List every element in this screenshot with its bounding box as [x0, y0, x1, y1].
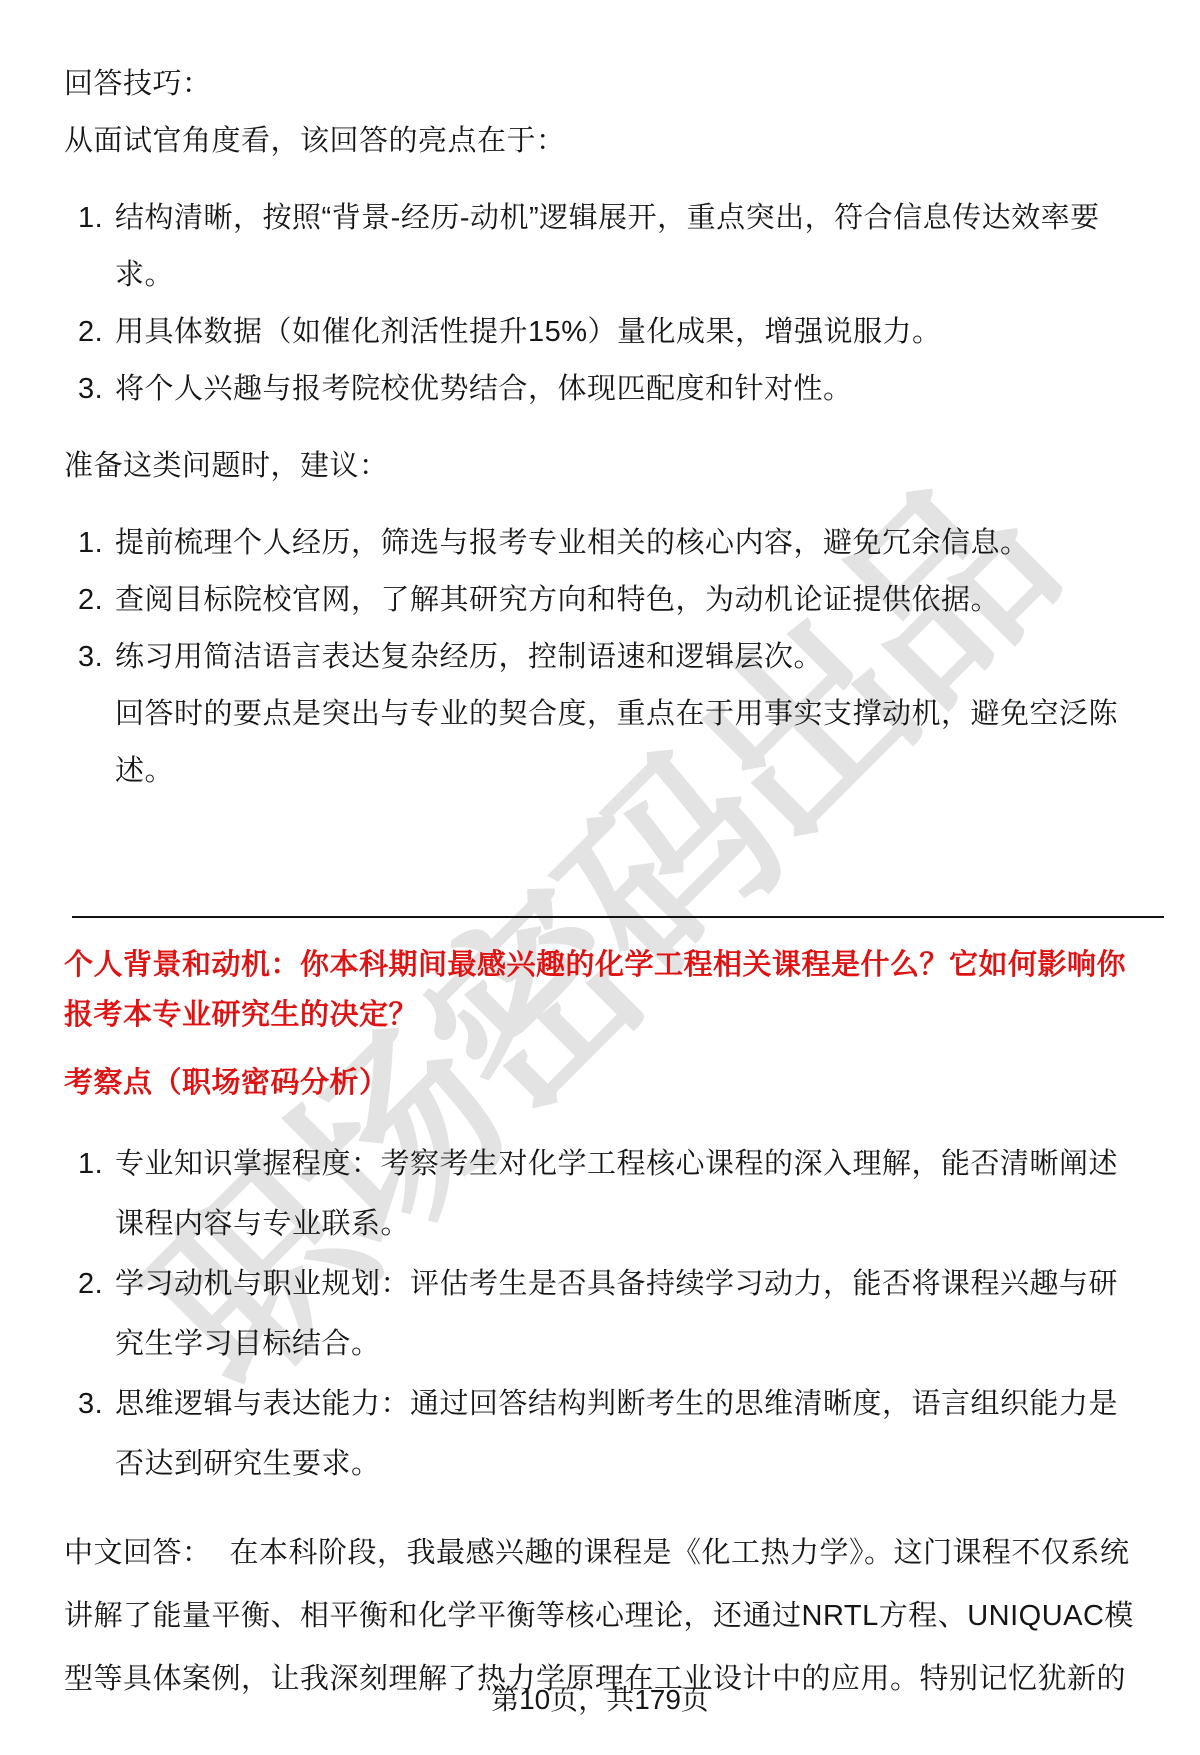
answer-tips-heading: 回答技巧：: [64, 56, 1136, 113]
list-item-number: 1.: [78, 515, 115, 572]
prep-intro: 准备这类问题时，建议：: [64, 438, 1136, 495]
list-item-text: 将个人兴趣与报考院校优势结合，体现匹配度和针对性。: [115, 361, 1136, 418]
list-item-main-text: 练习用简洁语言表达复杂经历，控制语速和逻辑层次。: [115, 641, 823, 673]
list-item: 3. 将个人兴趣与报考院校优势结合，体现匹配度和针对性。: [78, 361, 1136, 418]
list-item-text: 思维逻辑与表达能力：通过回答结构判断考生的思维清晰度，语言组织能力是否达到研究生…: [115, 1374, 1136, 1494]
list-item-text: 查阅目标院校官网，了解其研究方向和特色，为动机论证提供依据。: [115, 572, 1136, 629]
list-item-number: 1.: [78, 1134, 115, 1254]
list-item-text: 练习用简洁语言表达复杂经历，控制语速和逻辑层次。 回答时的要点是突出与专业的契合…: [115, 629, 1136, 800]
answer-label: 中文回答：: [64, 1537, 212, 1569]
list-item-number: 3.: [78, 361, 115, 418]
list-item-number: 2.: [78, 572, 115, 629]
prep-list: 1. 提前梳理个人经历，筛选与报考专业相关的核心内容，避免冗余信息。 2. 查阅…: [64, 515, 1136, 800]
list-item-number: 1.: [78, 190, 115, 304]
page-content: 回答技巧： 从面试官角度看，该回答的亮点在于： 1. 结构清晰，按照“背景-经历…: [0, 0, 1200, 1711]
page-number: 第10页，共179页: [0, 1682, 1200, 1718]
highlights-list: 1. 结构清晰，按照“背景-经历-动机”逻辑展开，重点突出，符合信息传达效率要求…: [64, 190, 1136, 418]
list-item: 2. 查阅目标院校官网，了解其研究方向和特色，为动机论证提供依据。: [78, 572, 1136, 629]
list-item: 3. 思维逻辑与表达能力：通过回答结构判断考生的思维清晰度，语言组织能力是否达到…: [78, 1374, 1136, 1494]
question-title: 个人背景和动机：你本科期间最感兴趣的化学工程相关课程是什么？它如何影响你报考本专…: [64, 940, 1136, 1040]
answer-text: 在本科阶段，我最感兴趣的课程是《化工热力学》。这门课程不仅系统讲解了能量平衡、相…: [64, 1537, 1134, 1695]
list-item-number: 2.: [78, 304, 115, 361]
section-divider: [72, 916, 1164, 918]
list-item: 1. 结构清晰，按照“背景-经历-动机”逻辑展开，重点突出，符合信息传达效率要求…: [78, 190, 1136, 304]
list-item: 2. 用具体数据（如催化剂活性提升15%）量化成果，增强说服力。: [78, 304, 1136, 361]
exam-points-heading: 考察点（职场密码分析）: [64, 1058, 1136, 1108]
list-item: 1. 专业知识掌握程度：考察考生对化学工程核心课程的深入理解，能否清晰阐述课程内…: [78, 1134, 1136, 1254]
exam-points-list: 1. 专业知识掌握程度：考察考生对化学工程核心课程的深入理解，能否清晰阐述课程内…: [64, 1134, 1136, 1494]
list-item: 2. 学习动机与职业规划：评估考生是否具备持续学习动力，能否将课程兴趣与研究生学…: [78, 1254, 1136, 1374]
list-item: 1. 提前梳理个人经历，筛选与报考专业相关的核心内容，避免冗余信息。: [78, 515, 1136, 572]
list-item-number: 3.: [78, 1374, 115, 1494]
list-item-text: 提前梳理个人经历，筛选与报考专业相关的核心内容，避免冗余信息。: [115, 515, 1136, 572]
list-item-text: 学习动机与职业规划：评估考生是否具备持续学习动力，能否将课程兴趣与研究生学习目标…: [115, 1254, 1136, 1374]
list-item-note: 回答时的要点是突出与专业的契合度，重点在于用事实支撑动机，避免空泛陈述。: [115, 686, 1124, 800]
answer-tips-intro: 从面试官角度看，该回答的亮点在于：: [64, 113, 1136, 170]
list-item-text: 用具体数据（如催化剂活性提升15%）量化成果，增强说服力。: [115, 304, 1136, 361]
list-item: 3. 练习用简洁语言表达复杂经历，控制语速和逻辑层次。 回答时的要点是突出与专业…: [78, 629, 1136, 800]
list-item-number: 3.: [78, 629, 115, 800]
list-item-text: 结构清晰，按照“背景-经历-动机”逻辑展开，重点突出，符合信息传达效率要求。: [115, 190, 1136, 304]
list-item-text: 专业知识掌握程度：考察考生对化学工程核心课程的深入理解，能否清晰阐述课程内容与专…: [115, 1134, 1136, 1254]
list-item-number: 2.: [78, 1254, 115, 1374]
